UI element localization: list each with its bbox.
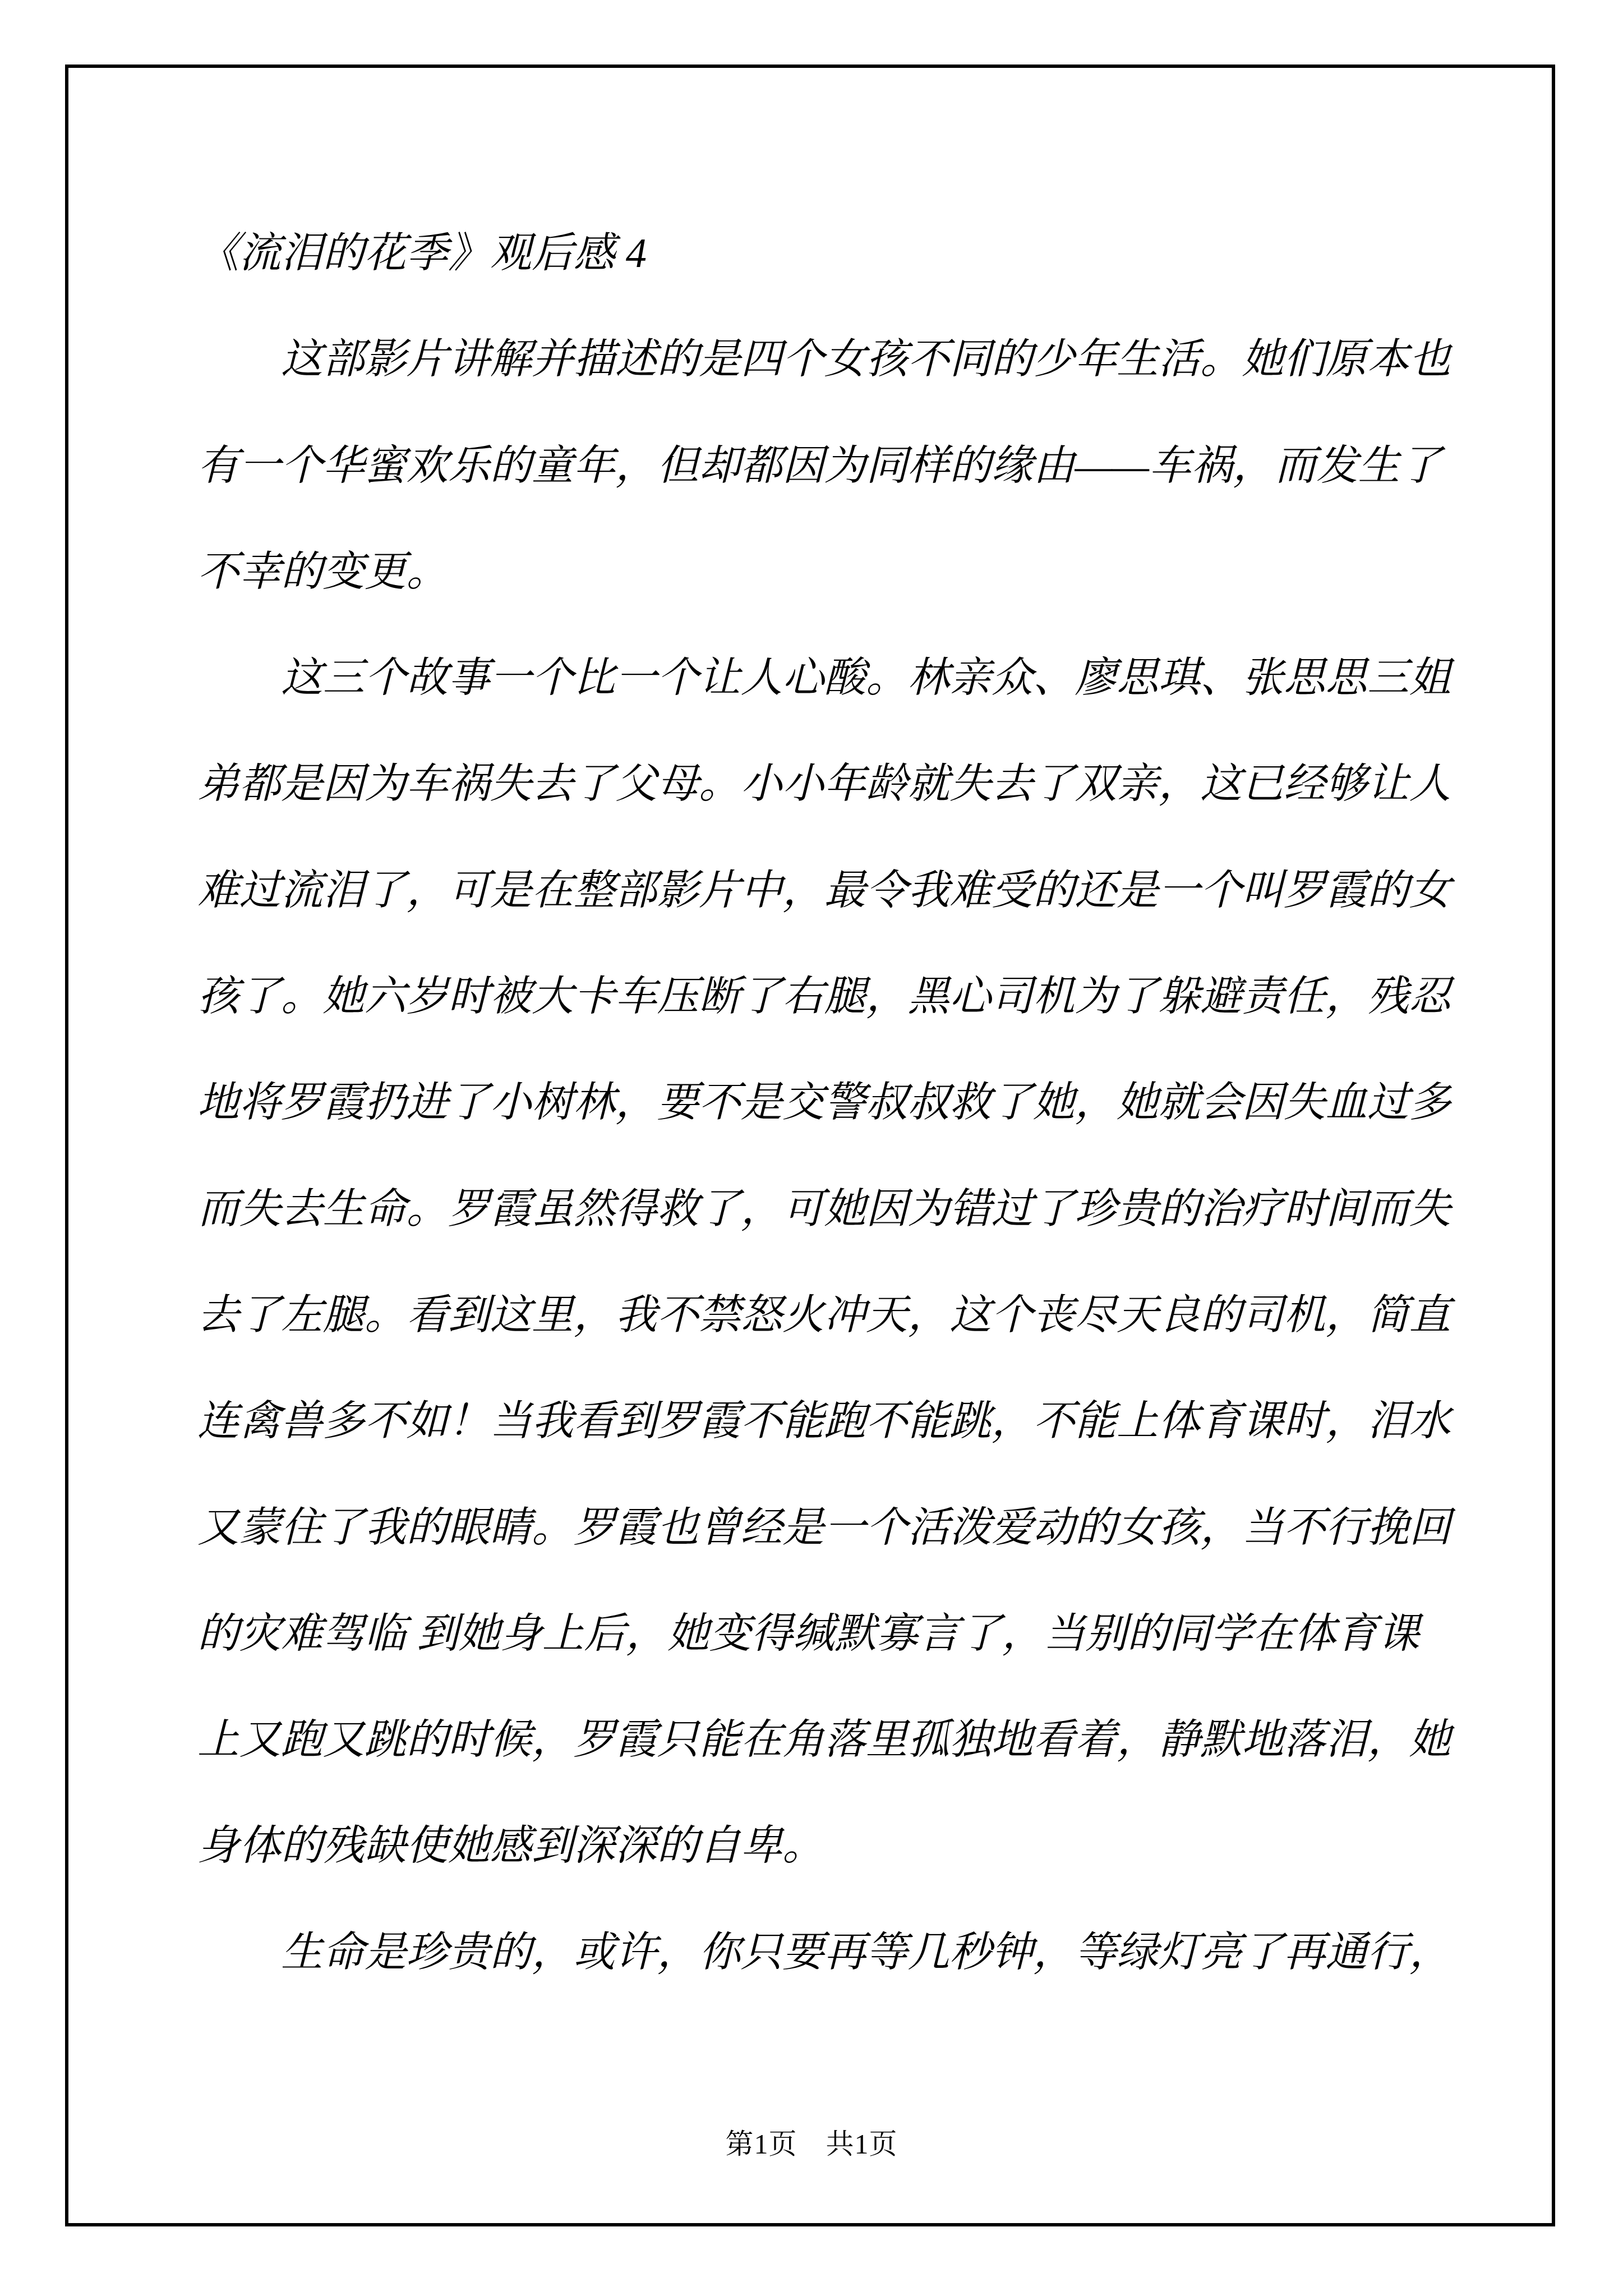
body-line: 这部影片讲解并描述的是四个女孩不同的少年生活。她们原本也 [197, 307, 1487, 413]
body-line: 孩了。她六岁时被大卡车压断了右腿，黑心司机为了躲避责任，残忍 [197, 944, 1487, 1050]
body-line: 难过流泪了，可是在整部影片中，最令我难受的还是一个叫罗霞的女 [197, 838, 1487, 944]
document-page: 《流泪的花季》观后感 4 这部影片讲解并描述的是四个女孩不同的少年生活。她们原本… [0, 0, 1623, 2296]
body-line: 不幸的变更。 [197, 519, 1487, 625]
body-line: 弟都是因为车祸失去了父母。小小年龄就失去了双亲，这已经够让人 [197, 731, 1487, 838]
body-line: 生命是珍贵的，或许，你只要再等几秒钟，等绿灯亮了再通行， [197, 1900, 1487, 2006]
body-line: 去了左腿。看到这里，我不禁怒火冲天，这个丧尽天良的司机，简直 [197, 1263, 1487, 1369]
body-line: 身体的残缺使她感到深深的自卑。 [197, 1793, 1487, 1899]
document-body: 《流泪的花季》观后感 4 这部影片讲解并描述的是四个女孩不同的少年生活。她们原本… [197, 201, 1487, 2006]
page-footer: 第1页 共1页 [0, 2129, 1623, 2159]
body-paragraphs: 这部影片讲解并描述的是四个女孩不同的少年生活。她们原本也有一个华蜜欢乐的童年，但… [197, 307, 1487, 2006]
body-line: 又蒙住了我的眼睛。罗霞也曾经是一个活泼爱动的女孩，当不行挽回 [197, 1475, 1487, 1581]
body-line: 连禽兽多不如！当我看到罗霞不能跑不能跳，不能上体育课时，泪水 [197, 1369, 1487, 1475]
body-line: 有一个华蜜欢乐的童年，但却都因为同样的缘由——车祸，而发生了 [197, 413, 1487, 519]
body-line: 而失去生命。罗霞虽然得救了，可她因为错过了珍贵的治疗时间而失 [197, 1157, 1487, 1263]
page-number-text: 第1页 共1页 [726, 2128, 898, 2160]
body-line: 这三个故事一个比一个让人心酸。林亲众、廖思琪、张思思三姐 [197, 625, 1487, 731]
body-line: 的灾难驾临 到她身上后，她变得缄默寡言了，当别的同学在体育课 [197, 1581, 1487, 1687]
body-line: 地将罗霞扔进了小树林，要不是交警叔叔救了她，她就会因失血过多 [197, 1050, 1487, 1156]
body-line: 上又跑又跳的时候，罗霞只能在角落里孤独地看着，静默地落泪，她 [197, 1687, 1487, 1793]
document-title: 《流泪的花季》观后感 4 [197, 201, 1487, 307]
